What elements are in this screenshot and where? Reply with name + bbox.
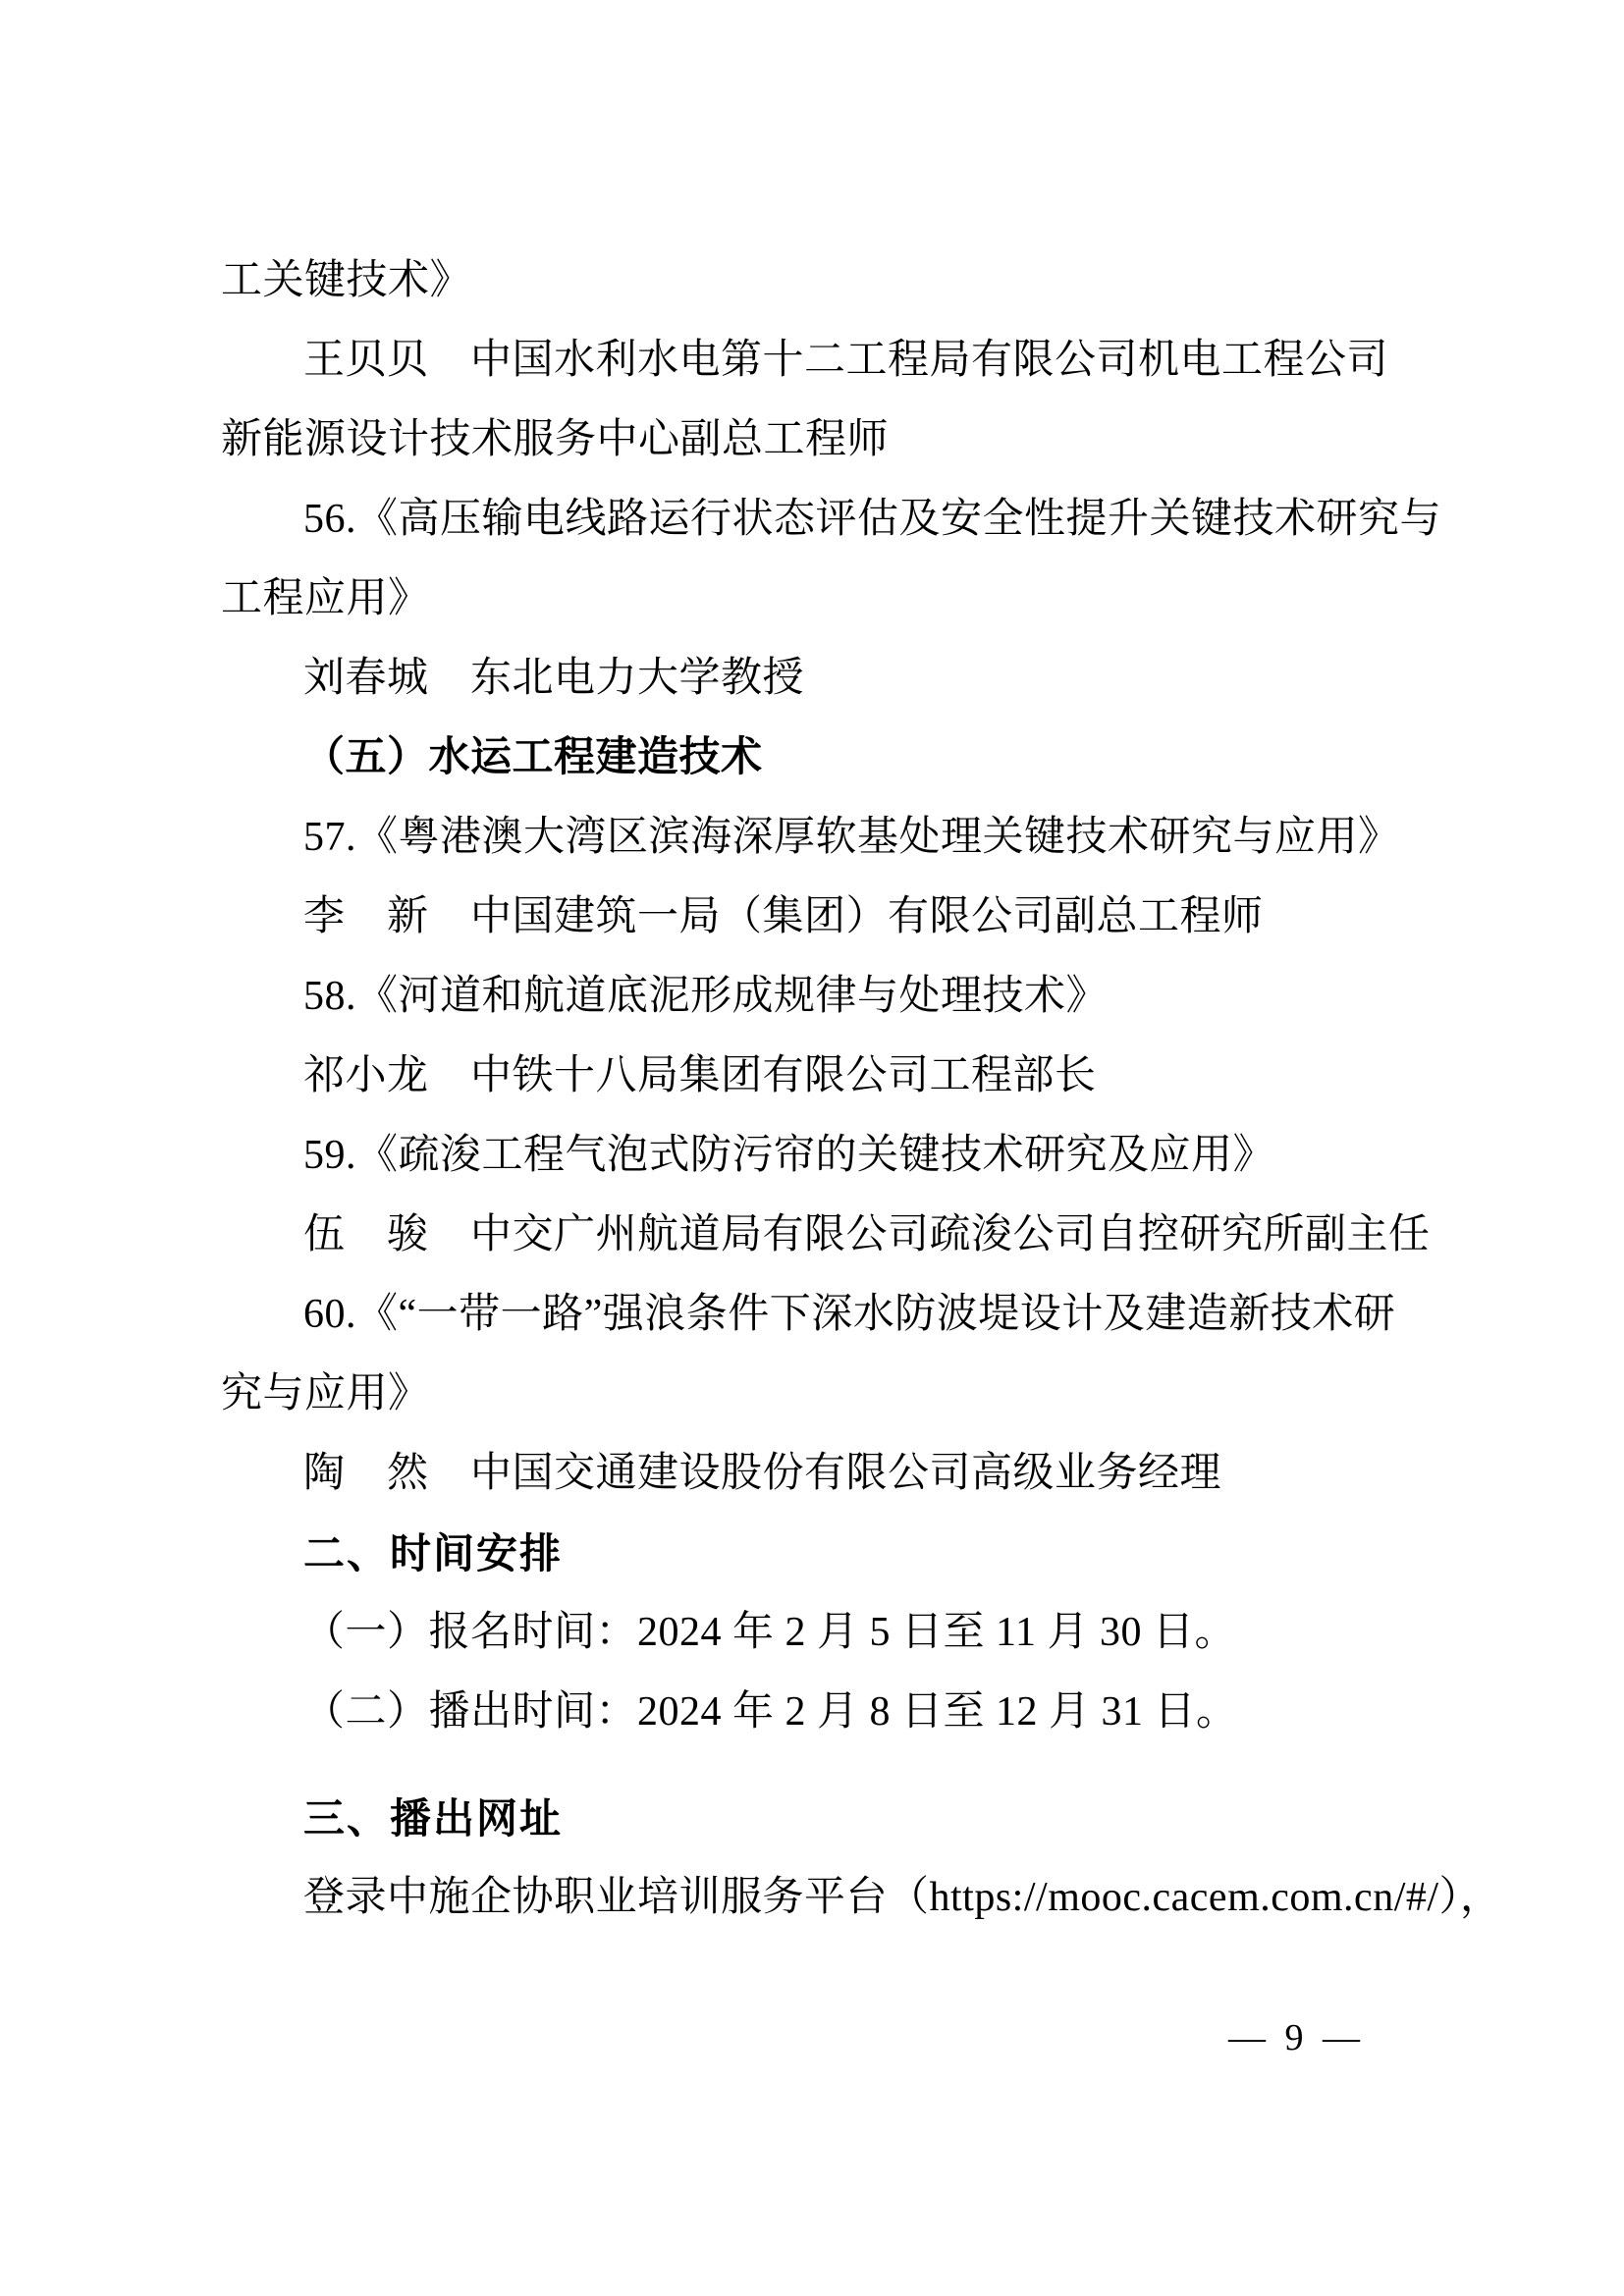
text-line: 59.《疏浚工程气泡式防污帘的关键技术研究及应用》 (221, 1116, 1429, 1196)
text-line: 工关键技术》 (221, 241, 1429, 321)
section-heading: 二、时间安排 (221, 1514, 1429, 1593)
text-line: 伍 骏 中交广州航道局有限公司疏浚公司自控研究所副主任 (221, 1196, 1429, 1275)
text-line: （一）报名时间：2024 年 2 月 5 日至 11 月 30 日。 (221, 1593, 1429, 1673)
text-line: 新能源设计技术服务中心副总工程师 (221, 400, 1429, 480)
subsection-heading: （五）水运工程建造技术 (221, 719, 1429, 798)
text-line: 60.《“一带一路”强浪条件下深水防波堤设计及建造新技术研 (221, 1275, 1429, 1355)
text-line: （二）播出时间：2024 年 2 月 8 日至 12 月 31 日。 (221, 1673, 1429, 1752)
text-line: 登录中施企协职业培训服务平台（https://mooc.cacem.com.cn… (221, 1858, 1429, 1938)
text-line: 祁小龙 中铁十八局集团有限公司工程部长 (221, 1037, 1429, 1116)
text-line: 王贝贝 中国水利水电第十二工程局有限公司机电工程公司 (221, 321, 1429, 400)
document-content: 工关键技术》王贝贝 中国水利水电第十二工程局有限公司机电工程公司新能源设计技术服… (221, 241, 1429, 1938)
document-page: 工关键技术》王贝贝 中国水利水电第十二工程局有限公司机电工程公司新能源设计技术服… (0, 0, 1624, 2296)
text-line: 究与应用》 (221, 1355, 1429, 1434)
text-line: 李 新 中国建筑一局（集团）有限公司副总工程师 (221, 878, 1429, 957)
text-line: 58.《河道和航道底泥形成规律与处理技术》 (221, 957, 1429, 1037)
text-line: 57.《粤港澳大湾区滨海深厚软基处理关键技术研究与应用》 (221, 798, 1429, 878)
page-number: — 9 — (1228, 2010, 1365, 2065)
text-line: 工程应用》 (221, 560, 1429, 639)
text-line: 56.《高压输电线路运行状态评估及安全性提升关键技术研究与 (221, 480, 1429, 560)
text-line: 陶 然 中国交通建设股份有限公司高级业务经理 (221, 1434, 1429, 1514)
text-line: 刘春城 东北电力大学教授 (221, 639, 1429, 719)
section-heading: 三、播出网址 (221, 1779, 1429, 1858)
